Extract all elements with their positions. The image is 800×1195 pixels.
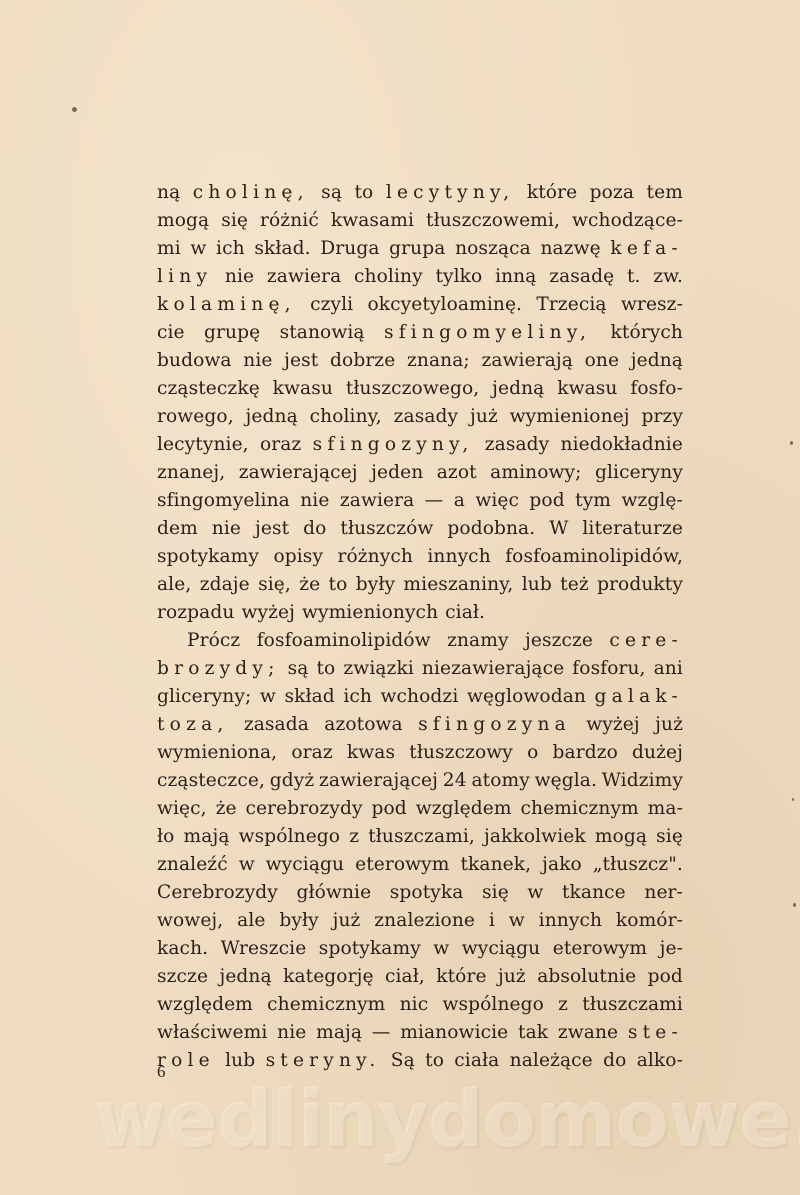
word: jedną xyxy=(631,347,683,375)
word: a xyxy=(454,487,465,515)
word: też xyxy=(560,571,589,599)
word: kwas xyxy=(347,739,395,767)
word: eterowym xyxy=(355,851,449,879)
paper-speck xyxy=(793,903,796,907)
word: one xyxy=(585,347,619,375)
word: zw. xyxy=(653,263,683,291)
word: innych xyxy=(427,543,490,571)
word: szcze xyxy=(157,963,208,991)
word: cerebrozydy xyxy=(245,795,362,823)
spaced-term: galak- xyxy=(595,683,683,711)
word: choliny xyxy=(354,263,423,291)
word: oraz xyxy=(291,739,332,767)
word: skład xyxy=(284,683,334,711)
word: nazwę xyxy=(540,235,600,263)
word: fosfo- xyxy=(630,375,683,403)
word: różnych xyxy=(337,543,412,571)
text-line: wowej,alebyłyjużznalezioneiwinnychkomór- xyxy=(157,907,683,935)
spaced-term: ste- xyxy=(628,1019,683,1047)
word: wymienionych xyxy=(302,599,438,627)
paper-speck xyxy=(72,107,77,112)
spaced-term: cere- xyxy=(609,627,683,655)
word: pod xyxy=(648,963,683,991)
word: są xyxy=(321,179,342,207)
word: się xyxy=(221,207,248,235)
body-text: nącholinę,sątolecytyny,którepozatemmogąs… xyxy=(157,179,683,1075)
word: w xyxy=(260,683,276,711)
word: jedną xyxy=(246,403,298,431)
word: związki xyxy=(343,655,413,683)
word: i xyxy=(489,907,495,935)
word: wspólnego xyxy=(239,823,340,851)
word: je- xyxy=(660,935,683,963)
word: chemicznym xyxy=(267,991,385,1019)
word: więc xyxy=(475,487,519,515)
word: wymieniona, xyxy=(157,739,277,767)
word: podobna. xyxy=(447,515,535,543)
word: to xyxy=(354,179,373,207)
word: znalezione xyxy=(374,907,475,935)
word: tkanek, xyxy=(460,851,531,879)
word: cząsteczkę xyxy=(157,375,260,403)
word: mogą xyxy=(157,207,209,235)
word: choliny, xyxy=(310,403,382,431)
word: nie xyxy=(225,263,254,291)
word: azotowa xyxy=(324,711,402,739)
word: są xyxy=(288,655,309,683)
word: ciała xyxy=(454,1047,499,1075)
word: tym xyxy=(575,487,611,515)
word: sfingomyelina xyxy=(157,487,290,515)
word: jest xyxy=(284,347,318,375)
word: względem xyxy=(157,991,253,1019)
paper-speck xyxy=(792,798,794,801)
text-line: mogąsięróżnićkwasamitłuszczowemi,wchodzą… xyxy=(157,207,683,235)
word: tłuszczów xyxy=(340,515,433,543)
text-line: spotykamyopisyróżnychinnychfosfoaminolip… xyxy=(157,543,683,571)
word: jedną xyxy=(492,375,544,403)
word: wyciągu xyxy=(462,935,540,963)
word: tłuszczowemi, xyxy=(426,207,560,235)
word: cząsteczce, xyxy=(157,767,265,795)
word: kwasu xyxy=(557,375,617,403)
text-line: toza,zasadaazotowasfingozynawyżejjuż xyxy=(157,711,683,739)
word: zasady xyxy=(394,403,459,431)
word: grupę xyxy=(204,319,260,347)
text-line: ale,zdajesię,żetobyłymieszaniny,lubteżpr… xyxy=(157,571,683,599)
word: więc, xyxy=(157,795,207,823)
word: mieszaniny, xyxy=(403,571,513,599)
word: się, xyxy=(258,571,291,599)
spaced-term: steryny. xyxy=(266,1047,381,1075)
word: stanowią xyxy=(280,319,365,347)
word: t. xyxy=(627,263,641,291)
word: nosząca xyxy=(455,235,531,263)
word: wchodzi xyxy=(381,683,459,711)
word: absolutnie xyxy=(537,963,636,991)
text-line: linyniezawieracholinytylkoinnązasadęt.zw… xyxy=(157,263,683,291)
text-line: właściweminiemają—mianowicietakzwaneste- xyxy=(157,1019,683,1047)
text-line: Próczfosfoaminolipidówznamyjeszczecere- xyxy=(157,627,683,655)
word: — xyxy=(372,1019,391,1047)
text-line: szczejednąkategorjęciał,którejużabsolutn… xyxy=(157,963,683,991)
word: mianowicie xyxy=(400,1019,508,1047)
word: tak xyxy=(518,1019,548,1047)
text-line: ciegrupęstanowiąsfingomyeliny,których xyxy=(157,319,683,347)
text-line: demniejestdotłuszczówpodobna.Wliteraturz… xyxy=(157,515,683,543)
text-line: Cerebrozydygłówniespotykasięwtkancener- xyxy=(157,879,683,907)
word: azot xyxy=(437,459,477,487)
word: cie xyxy=(157,319,185,347)
word: ło xyxy=(157,823,174,851)
word: nie xyxy=(212,515,241,543)
word: Druga xyxy=(320,235,379,263)
word: wyżej xyxy=(586,711,640,739)
word: budowa xyxy=(157,347,232,375)
word: nie xyxy=(277,1019,306,1047)
word: w xyxy=(527,879,543,907)
word: już xyxy=(655,711,683,739)
word: dobrze xyxy=(330,347,395,375)
word: znanej, xyxy=(157,459,225,487)
word: ner- xyxy=(644,879,683,907)
word: innych xyxy=(539,907,602,935)
word: mają xyxy=(316,1019,362,1047)
word: Prócz xyxy=(187,627,240,655)
text-line: sfingomyelinaniezawiera—awięcpodtymwzglę… xyxy=(157,487,683,515)
word: w xyxy=(433,935,449,963)
word: atomy xyxy=(471,767,529,795)
word: tkance xyxy=(562,879,626,907)
word: mają xyxy=(184,823,230,851)
text-line: brozydy;sątozwiązkiniezawierającefosforu… xyxy=(157,655,683,683)
spaced-term: liny xyxy=(157,263,212,291)
word: nie xyxy=(300,487,329,515)
word: ną xyxy=(157,179,180,207)
word: pod xyxy=(371,795,406,823)
word: tem xyxy=(647,179,683,207)
word: przy xyxy=(641,403,683,431)
text-line: rolelubsteryny.Sątociałanależącedoalko- xyxy=(157,1047,683,1075)
word: zawierającej xyxy=(319,767,438,795)
word: zwane xyxy=(558,1019,618,1047)
word: aminowy; xyxy=(490,459,581,487)
word: niezawierające xyxy=(422,655,564,683)
word: w xyxy=(190,235,206,263)
word: w xyxy=(509,907,525,935)
text-line: kolaminę,czyliokcyetyloaminę.Trzeciąwres… xyxy=(157,291,683,319)
word: fosforu, xyxy=(572,655,645,683)
spaced-term: lecytyny, xyxy=(386,179,515,207)
word: węglowodan xyxy=(467,683,586,711)
word: były xyxy=(356,571,395,599)
word: literaturze xyxy=(582,515,683,543)
word: wzglę- xyxy=(621,487,682,515)
word: gdyż xyxy=(270,767,315,795)
text-line: rozpaduwyżejwymienionychciał. xyxy=(157,599,683,627)
word: mogą xyxy=(595,823,647,851)
text-line: rowego,jednącholiny,zasadyjużwymienionej… xyxy=(157,403,683,431)
word: tłuszczowy xyxy=(409,739,513,767)
word: wymienionej xyxy=(510,403,630,431)
word: ciał. xyxy=(445,599,485,627)
word: spotyka xyxy=(390,879,464,907)
word: jako xyxy=(542,851,582,879)
word: Wreszcie xyxy=(221,935,307,963)
word: lecytynie, xyxy=(157,431,249,459)
word: W xyxy=(549,515,568,543)
word: fosfoaminolipidów xyxy=(257,627,431,655)
word: produkty xyxy=(597,571,683,599)
word: się xyxy=(482,879,509,907)
word: węgla. xyxy=(535,767,597,795)
spaced-term: toza, xyxy=(157,711,228,739)
word: dem xyxy=(157,515,198,543)
text-line: lecytynie,orazsfingozyny,zasadyniedokład… xyxy=(157,431,683,459)
word: z xyxy=(558,991,568,1019)
book-page: nącholinę,sątolecytyny,którepozatemmogąs… xyxy=(0,0,800,1195)
word: znamy xyxy=(447,627,509,655)
text-line: cząsteczce,gdyżzawierającej24atomywęgla.… xyxy=(157,767,683,795)
spaced-term: kolaminę, xyxy=(157,291,296,319)
word: zasadę xyxy=(549,263,614,291)
word: rozpadu xyxy=(157,599,234,627)
word: chemicznym xyxy=(520,795,638,823)
word: wresz- xyxy=(621,291,683,319)
word: zdaje xyxy=(200,571,250,599)
word: do xyxy=(303,515,326,543)
word: lub xyxy=(522,571,552,599)
word: okcyetyloaminę. xyxy=(368,291,523,319)
word: „tłuszcz". xyxy=(593,851,683,879)
word: poza xyxy=(590,179,634,207)
word: to xyxy=(329,571,348,599)
word: o xyxy=(527,739,538,767)
word: tłuszczami, xyxy=(368,823,475,851)
word: gliceryny xyxy=(595,459,683,487)
word: ale, xyxy=(157,571,191,599)
word: których xyxy=(611,319,683,347)
word: już xyxy=(470,403,498,431)
word: wowej, xyxy=(157,907,223,935)
spaced-term: kefa- xyxy=(610,235,683,263)
word: zasady xyxy=(485,431,550,459)
text-line: znaleźćwwyciągueterowymtkanek,jako„tłusz… xyxy=(157,851,683,879)
spaced-term: brozydy; xyxy=(157,655,280,683)
word: skład. xyxy=(254,235,310,263)
word: różnić xyxy=(260,207,319,235)
word: nie xyxy=(243,347,272,375)
text-line: gliceryny;wskładichwchodziwęglowodangala… xyxy=(157,683,683,711)
word: to xyxy=(425,1047,444,1075)
word: ani xyxy=(654,655,683,683)
word: ale xyxy=(237,907,265,935)
word: eterowym xyxy=(553,935,647,963)
word: zawiera xyxy=(340,487,414,515)
word: Są xyxy=(391,1047,415,1075)
word: czyli xyxy=(310,291,353,319)
word: zawierającej xyxy=(239,459,358,487)
word: że xyxy=(216,795,237,823)
text-line: miwichskład.Drugagrupanoszącanazwękefa- xyxy=(157,235,683,263)
word: się xyxy=(656,823,683,851)
word: zasada xyxy=(244,711,309,739)
text-line: znanej,zawierającejjedenazotaminowy;glic… xyxy=(157,459,683,487)
word: 24 xyxy=(443,767,467,795)
word: należące xyxy=(510,1047,593,1075)
word: znaleźć xyxy=(157,851,228,879)
word: ich xyxy=(343,683,372,711)
word: wyżej xyxy=(241,599,295,627)
word: tłuszczowego, xyxy=(346,375,479,403)
word: w xyxy=(239,851,255,879)
word: tylko xyxy=(435,263,482,291)
word: ma- xyxy=(648,795,683,823)
word: ciał, xyxy=(385,963,425,991)
word: spotykamy xyxy=(319,935,421,963)
word: inną xyxy=(495,263,536,291)
word: spotykamy xyxy=(157,543,259,571)
word: jeden xyxy=(371,459,423,487)
word: grupa xyxy=(389,235,445,263)
spaced-term: sfingozyny, xyxy=(313,431,474,459)
word: ich xyxy=(216,235,245,263)
word: zawierają xyxy=(481,347,572,375)
text-line: kach.Wreszciespotykamywwyciągueterowymje… xyxy=(157,935,683,963)
word: wchodzące- xyxy=(572,207,683,235)
word: głównie xyxy=(297,879,372,907)
word: były xyxy=(279,907,318,935)
text-line: względemchemicznymnicwspólnegoztłuszczam… xyxy=(157,991,683,1019)
word: właściwemi xyxy=(157,1019,267,1047)
word: Widzimy xyxy=(602,767,683,795)
text-line: budowaniejestdobrzeznana;zawierająonejed… xyxy=(157,347,683,375)
word: mi xyxy=(157,235,181,263)
word: rowego, xyxy=(157,403,234,431)
word: opisy xyxy=(273,543,323,571)
word: fosfoaminolipidów, xyxy=(505,543,683,571)
word: Trzecią xyxy=(536,291,606,319)
word: że xyxy=(299,571,320,599)
word: niedokładnie xyxy=(561,431,683,459)
word: alko- xyxy=(637,1047,683,1075)
spaced-term: sfingomyeliny, xyxy=(384,319,591,347)
word: — xyxy=(425,487,444,515)
word: znana; xyxy=(407,347,470,375)
word: kach. xyxy=(157,935,208,963)
word: nic xyxy=(400,991,429,1019)
word: jedną xyxy=(219,963,271,991)
word: lub xyxy=(225,1047,255,1075)
word: kwasu xyxy=(273,375,333,403)
word: które xyxy=(527,179,577,207)
spaced-term: role xyxy=(157,1047,215,1075)
word: tłuszczami xyxy=(582,991,683,1019)
word: kategorję xyxy=(283,963,373,991)
word: jakkolwiek xyxy=(484,823,586,851)
word: względem xyxy=(416,795,512,823)
word: bardzo xyxy=(553,739,618,767)
word: jeszcze xyxy=(525,627,593,655)
spaced-term: cholinę, xyxy=(193,179,309,207)
word: jest xyxy=(255,515,289,543)
text-line: nącholinę,sątolecytyny,którepozatem xyxy=(157,179,683,207)
watermark: wedlinydomowe.pl xyxy=(94,1075,800,1165)
text-line: więc,żecerebrozydypodwzględemchemicznymm… xyxy=(157,795,683,823)
word: to xyxy=(316,655,335,683)
word: oraz xyxy=(260,431,301,459)
text-line: łomająwspólnegoztłuszczami,jakkolwiekmog… xyxy=(157,823,683,851)
word: już xyxy=(333,907,361,935)
word: kwasami xyxy=(331,207,414,235)
word: już xyxy=(498,963,526,991)
word: gliceryny; xyxy=(157,683,251,711)
word: Cerebrozydy xyxy=(157,879,278,907)
paper-speck xyxy=(790,441,793,445)
text-line: cząsteczkękwasutłuszczowego,jednąkwasufo… xyxy=(157,375,683,403)
text-line: wymieniona,orazkwastłuszczowyobardzoduże… xyxy=(157,739,683,767)
spaced-term: sfingozyna xyxy=(418,711,571,739)
word: które xyxy=(436,963,486,991)
word: do xyxy=(603,1047,626,1075)
word: wspólnego xyxy=(442,991,543,1019)
word: dużej xyxy=(632,739,683,767)
word: zawiera xyxy=(267,263,341,291)
word: z xyxy=(349,823,359,851)
word: pod xyxy=(529,487,564,515)
word: wyciągu xyxy=(266,851,344,879)
word: komór- xyxy=(616,907,683,935)
